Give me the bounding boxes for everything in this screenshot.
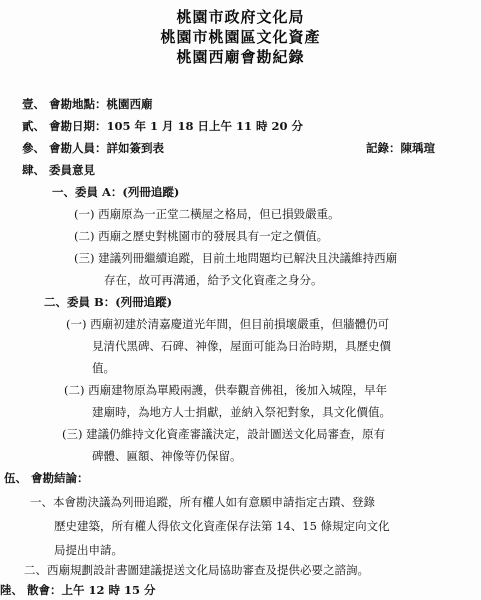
committee-b-item-cont: 碑體、匾額、神像等仍保留。 xyxy=(92,448,242,464)
committee-b-item: (一) 西廟初建於清嘉慶道光年間，但目前損壞嚴重，但牆體仍可 xyxy=(66,316,389,332)
document-page: 桃園市政府文化局 桃園市桃園區文化資產 桃園西廟會勘紀錄 壹、 會勘地點：桃園西… xyxy=(0,0,481,600)
committee-b-item: (三) 建議仍維持文化資產審議決定，設計圖送文化局審查，原有 xyxy=(62,426,385,442)
conclusion-heading: 伍、 會勘結論： xyxy=(4,470,89,486)
committee-a-heading: 一、委員 A：(列冊追蹤) xyxy=(52,184,179,200)
committee-a-item: (二) 西廟之歷史對桃園市的發展具有一定之價值。 xyxy=(74,228,328,244)
conclusion-item-cont: 局提出申請。 xyxy=(54,542,123,558)
adjourn-line: 陸、 散會：上午 12 時 15 分 xyxy=(0,582,156,598)
title-subject: 桃園市桃園區文化資產 xyxy=(0,26,481,47)
committee-a-item-cont: 存在，故可再溝通，給予文化資產之身分。 xyxy=(104,272,323,288)
info-location: 壹、 會勘地點：桃園西廟 xyxy=(22,96,153,112)
committee-a-item: (一) 西廟原為一正堂二橫屋之格局，但已損毀嚴重。 xyxy=(74,206,340,222)
info-attendees: 參、 會勘人員：詳如簽到表 xyxy=(22,140,164,156)
opinions-heading: 肆、 委員意見 xyxy=(22,162,95,178)
info-date: 貳、 會勘日期：105 年 1 月 18 日上午 11 時 20 分 xyxy=(22,118,303,134)
committee-b-item-cont: 建廟時，為地方人士捐獻，並納入祭祀對象，具文化價值。 xyxy=(92,404,391,420)
committee-b-item: (二) 西廟建物原為單殿兩護，供奉觀音佛祖，後加入城隍，早年 xyxy=(64,382,387,398)
conclusion-item: 二、西廟規劃設計書圖建議提送文化局協助審查及提供必要之諮詢。 xyxy=(24,562,369,578)
title-agency: 桃園市政府文化局 xyxy=(0,6,481,27)
info-recorder: 記錄：陳瑀瑄 xyxy=(366,140,435,156)
committee-a-item: (三) 建議列冊繼續追蹤，目前土地問題均已解決且決議維持西廟 xyxy=(74,250,397,266)
title-record: 桃園西廟會勘紀錄 xyxy=(0,46,481,67)
conclusion-item-cont: 歷史建築，所有權人得依文化資產保存法第 14、15 條規定向文化 xyxy=(54,518,390,534)
conclusion-item: 一、本會勘決議為列冊追蹤，所有權人如有意願申請指定古蹟、登錄 xyxy=(30,494,375,510)
committee-b-item-cont: 值。 xyxy=(92,360,115,376)
committee-b-heading: 二、委員 B：(列冊追蹤) xyxy=(44,294,172,310)
committee-b-item-cont: 見清代黑碑、石碑、神像，屋面可能為日治時期，具歷史價 xyxy=(92,338,391,354)
